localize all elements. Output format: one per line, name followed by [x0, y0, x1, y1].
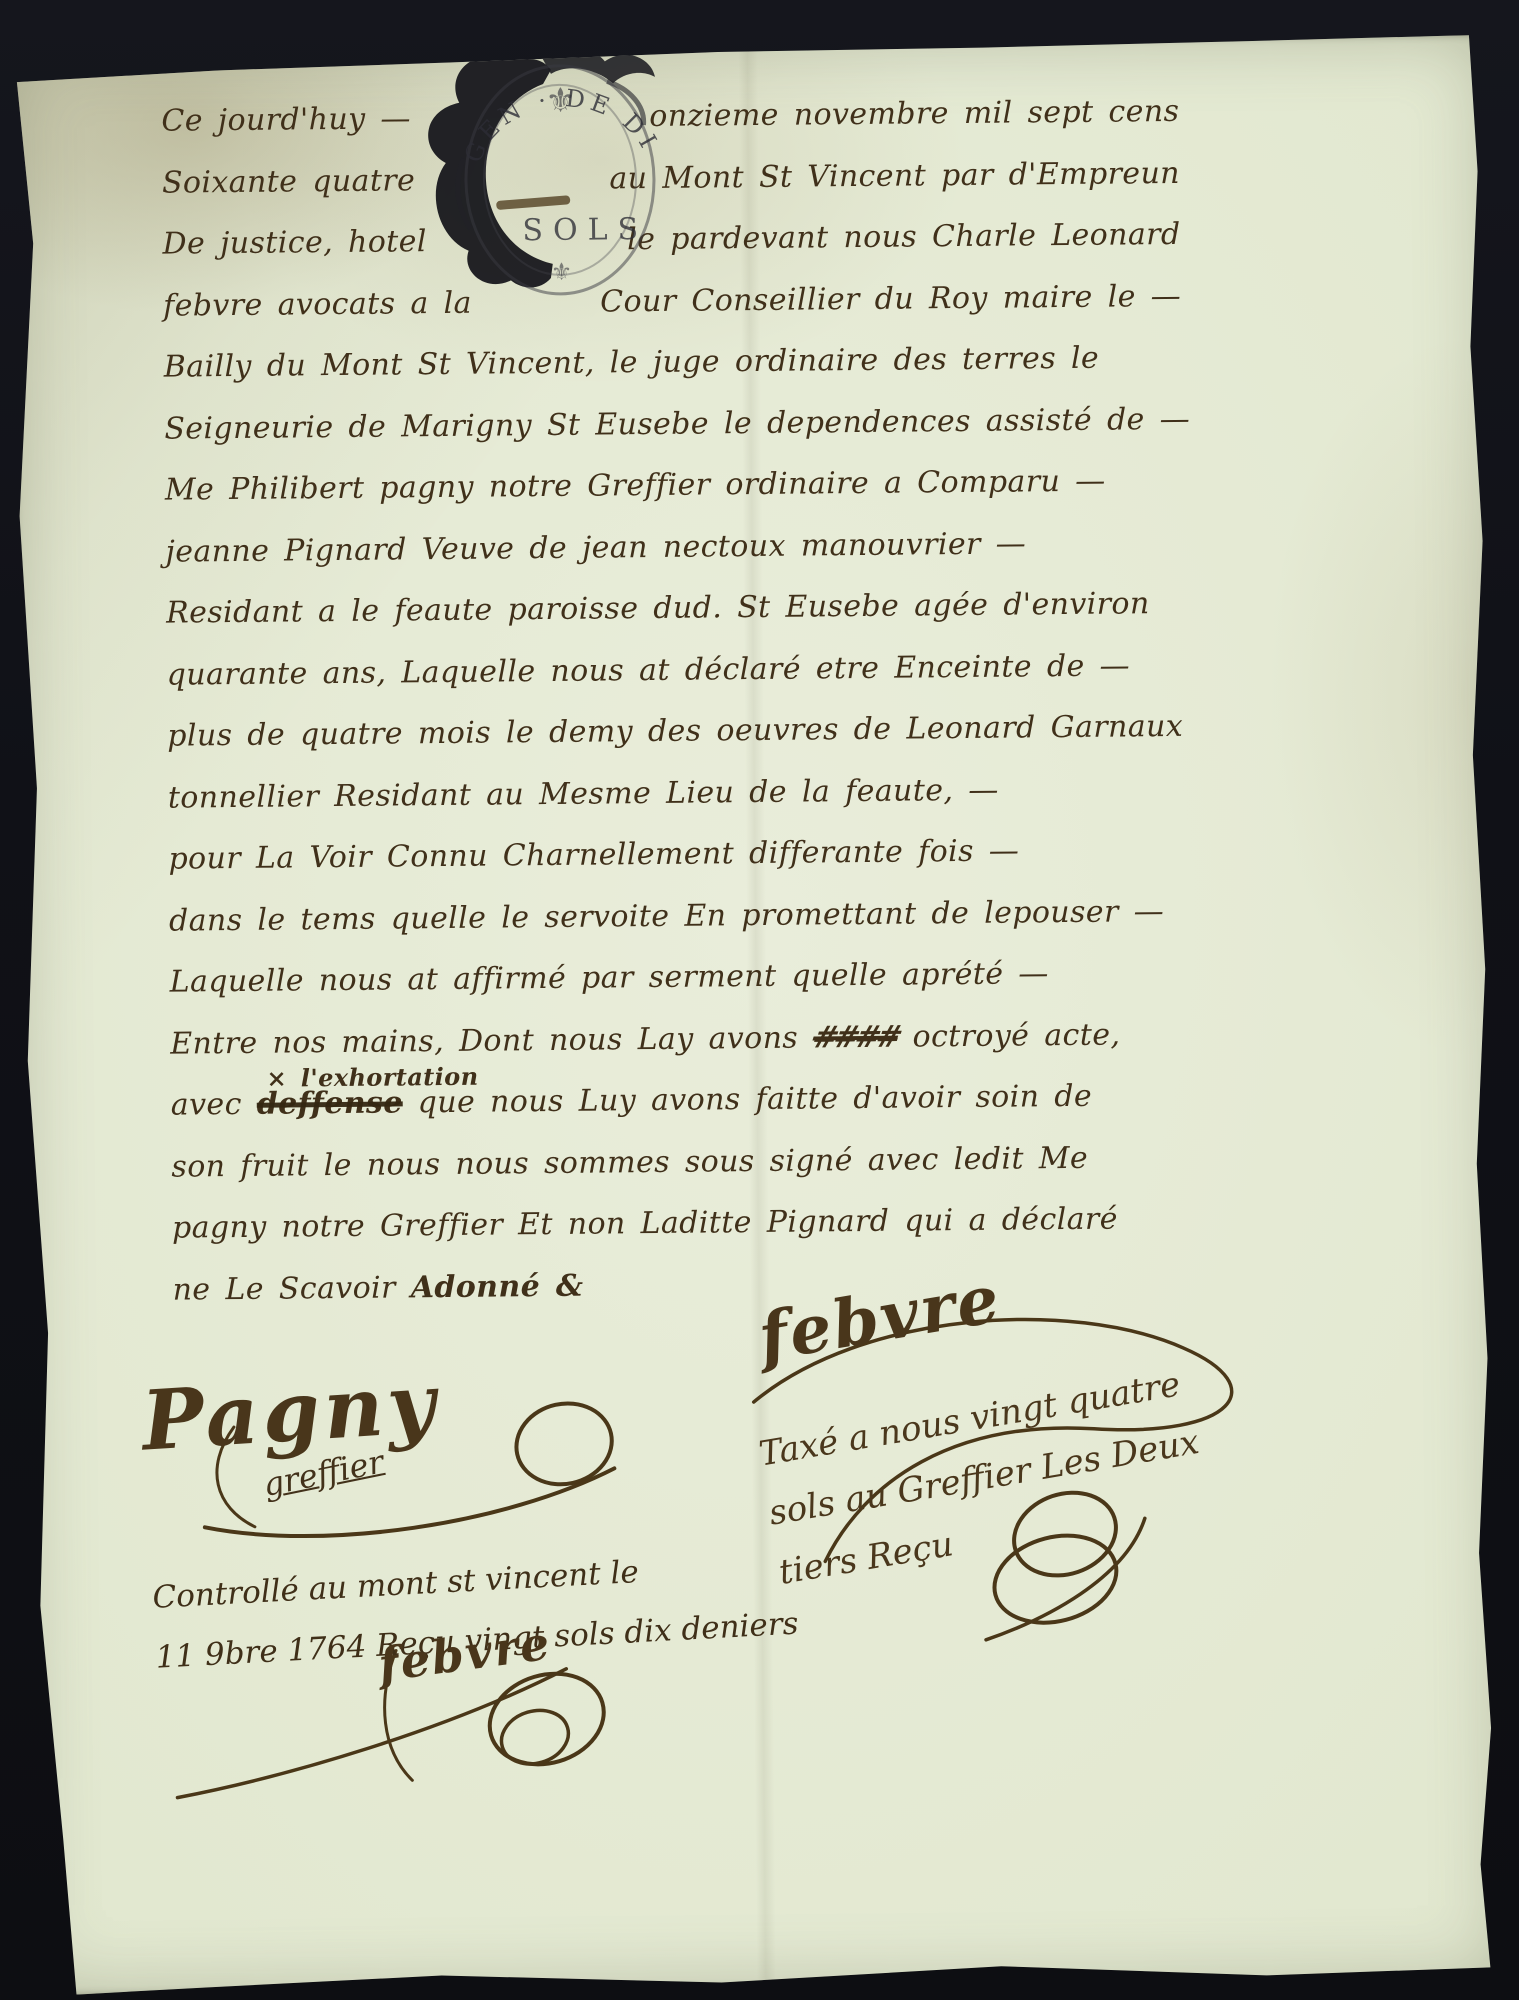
signature-pagny: Pagny: [139, 1355, 442, 1469]
manuscript-line: Me Philibert pagny notre Greffier ordina…: [165, 463, 1184, 534]
fleur-de-lis-icon: ⚜: [551, 258, 573, 286]
manuscript-line: Seigneurie de Marigny St Eusebe le depen…: [164, 401, 1183, 472]
manuscript-line: Laquelle nous at affirmé par serment que…: [169, 955, 1188, 1026]
paper-sheet: GEN · DE DIJON SOLS ⚜ ⚜ Ce jourd'huy —on…: [11, 35, 1503, 1995]
fleur-de-lis-icon: ⚜: [545, 81, 576, 121]
stamp-top-curl: [537, 43, 655, 84]
interlinear-insertion: × l'exhortation: [266, 1062, 478, 1093]
ink-smear: [496, 195, 570, 210]
manuscript-line: dans le tems quelle le servoite En prome…: [169, 893, 1188, 964]
manuscript-line: Bailly du Mont St Vincent, le juge ordin…: [164, 340, 1183, 411]
stamp-value-text: SOLS: [522, 212, 648, 248]
manuscript-line: pour La Voir Connu Charnellement differa…: [168, 832, 1187, 903]
manuscript-line: quarante ans, Laquelle nous at déclaré e…: [167, 647, 1186, 718]
manuscript-line: jeanne Pignard Veuve de jean nectoux man…: [165, 524, 1184, 595]
manuscript-line: Residant a le feaute paroisse dud. St Eu…: [166, 586, 1185, 657]
scan-background: GEN · DE DIJON SOLS ⚜ ⚜ Ce jourd'huy —on…: [0, 0, 1519, 2000]
manuscript-line: pagny notre Greffier Et non Laditte Pign…: [172, 1201, 1191, 1272]
manuscript-line: tonnellier Residant au Mesme Lieu de la …: [168, 770, 1187, 841]
tax-stamp: GEN · DE DIJON SOLS ⚜ ⚜: [399, 37, 680, 318]
manuscript-line: son fruit le nous nous sommes sous signé…: [171, 1139, 1190, 1210]
manuscript-line: plus de quatre mois le demy des oeuvres …: [167, 709, 1186, 780]
manuscript-line: avec deffense que nous Luy avons faitte …: [171, 1078, 1190, 1149]
